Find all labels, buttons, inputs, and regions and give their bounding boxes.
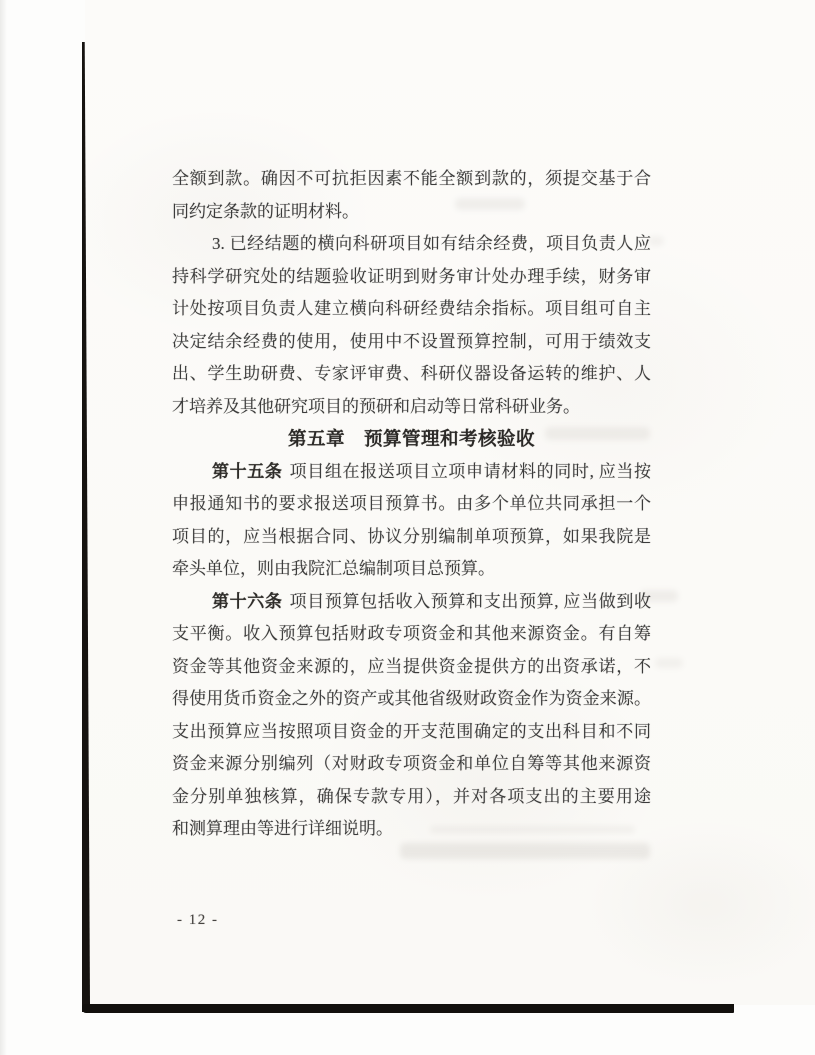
chapter-heading: 第五章 预算管理和考核验收 <box>172 423 651 456</box>
text-line: 全额到款。确因不可抗拒因素不能全额到款的，须提交基于合 <box>172 163 651 196</box>
text-line: 金分别单独核算，确保专款专用），并对各项支出的主要用途 <box>172 781 651 814</box>
text-line: 才培养及其他研究项目的预研和启动等日常科研业务。 <box>172 391 651 424</box>
text-line: 计处按项目负责人建立横向科研经费结余指标。项目组可自主 <box>172 293 651 326</box>
text-line: 资金来源分别编列（对财政专项资金和单位自筹等其他来源资 <box>172 748 651 781</box>
page-bottom-edge-line <box>82 1004 734 1013</box>
text-line: 同约定条款的证明材料。 <box>172 196 651 229</box>
text-line: 支平衡。收入预算包括财政专项资金和其他来源资金。有自筹 <box>172 618 651 651</box>
text-line: 第十六条项目预算包括收入预算和支出预算, 应当做到收 <box>172 586 651 619</box>
article-label: 第十五条 <box>212 462 283 481</box>
scan-margin-shadow <box>0 0 7 1055</box>
article-text: 项目组在报送项目立项申请材料的同时, 应当按 <box>290 462 651 481</box>
text-line: 资金等其他资金来源的，应当提供资金提供方的出资承诺，不 <box>172 651 651 684</box>
text-line: 决定结余经费的使用，使用中不设置预算控制，可用于绩效支 <box>172 326 651 359</box>
text-line: 支出预算应当按照项目资金的开支范围确定的支出科目和不同 <box>172 716 651 749</box>
text-line: 第十五条项目组在报送项目立项申请材料的同时, 应当按 <box>172 456 651 489</box>
text-line: 申报通知书的要求报送项目预算书。由多个单位共同承担一个 <box>172 488 651 521</box>
text-block: 全额到款。确因不可抗拒因素不能全额到款的，须提交基于合同约定条款的证明材料。3.… <box>172 163 651 846</box>
text-line: 项目的，应当根据合同、协议分别编制单项预算，如果我院是 <box>172 521 651 554</box>
article-label: 第十六条 <box>212 592 283 611</box>
text-line: 牵头单位，则由我院汇总编制项目总预算。 <box>172 553 651 586</box>
scanned-document-page: 全额到款。确因不可抗拒因素不能全额到款的，须提交基于合同约定条款的证明材料。3.… <box>0 0 815 1055</box>
article-text: 项目预算包括收入预算和支出预算, 应当做到收 <box>290 592 651 611</box>
text-line: 持科学研究处的结题验收证明到财务审计处办理手续，财务审 <box>172 261 651 294</box>
text-line: 得使用货币资金之外的资产或其他省级财政资金作为资金来源。 <box>172 683 651 716</box>
text-line: 和测算理由等进行详细说明。 <box>172 813 651 846</box>
page-number: - 12 - <box>177 912 219 929</box>
bleed-through-artifact <box>655 658 683 668</box>
text-line: 出、学生助研费、专家评审费、科研仪器设备运转的维护、人 <box>172 358 651 391</box>
text-line: 3. 已经结题的横向科研项目如有结余经费，项目负责人应 <box>172 228 651 261</box>
